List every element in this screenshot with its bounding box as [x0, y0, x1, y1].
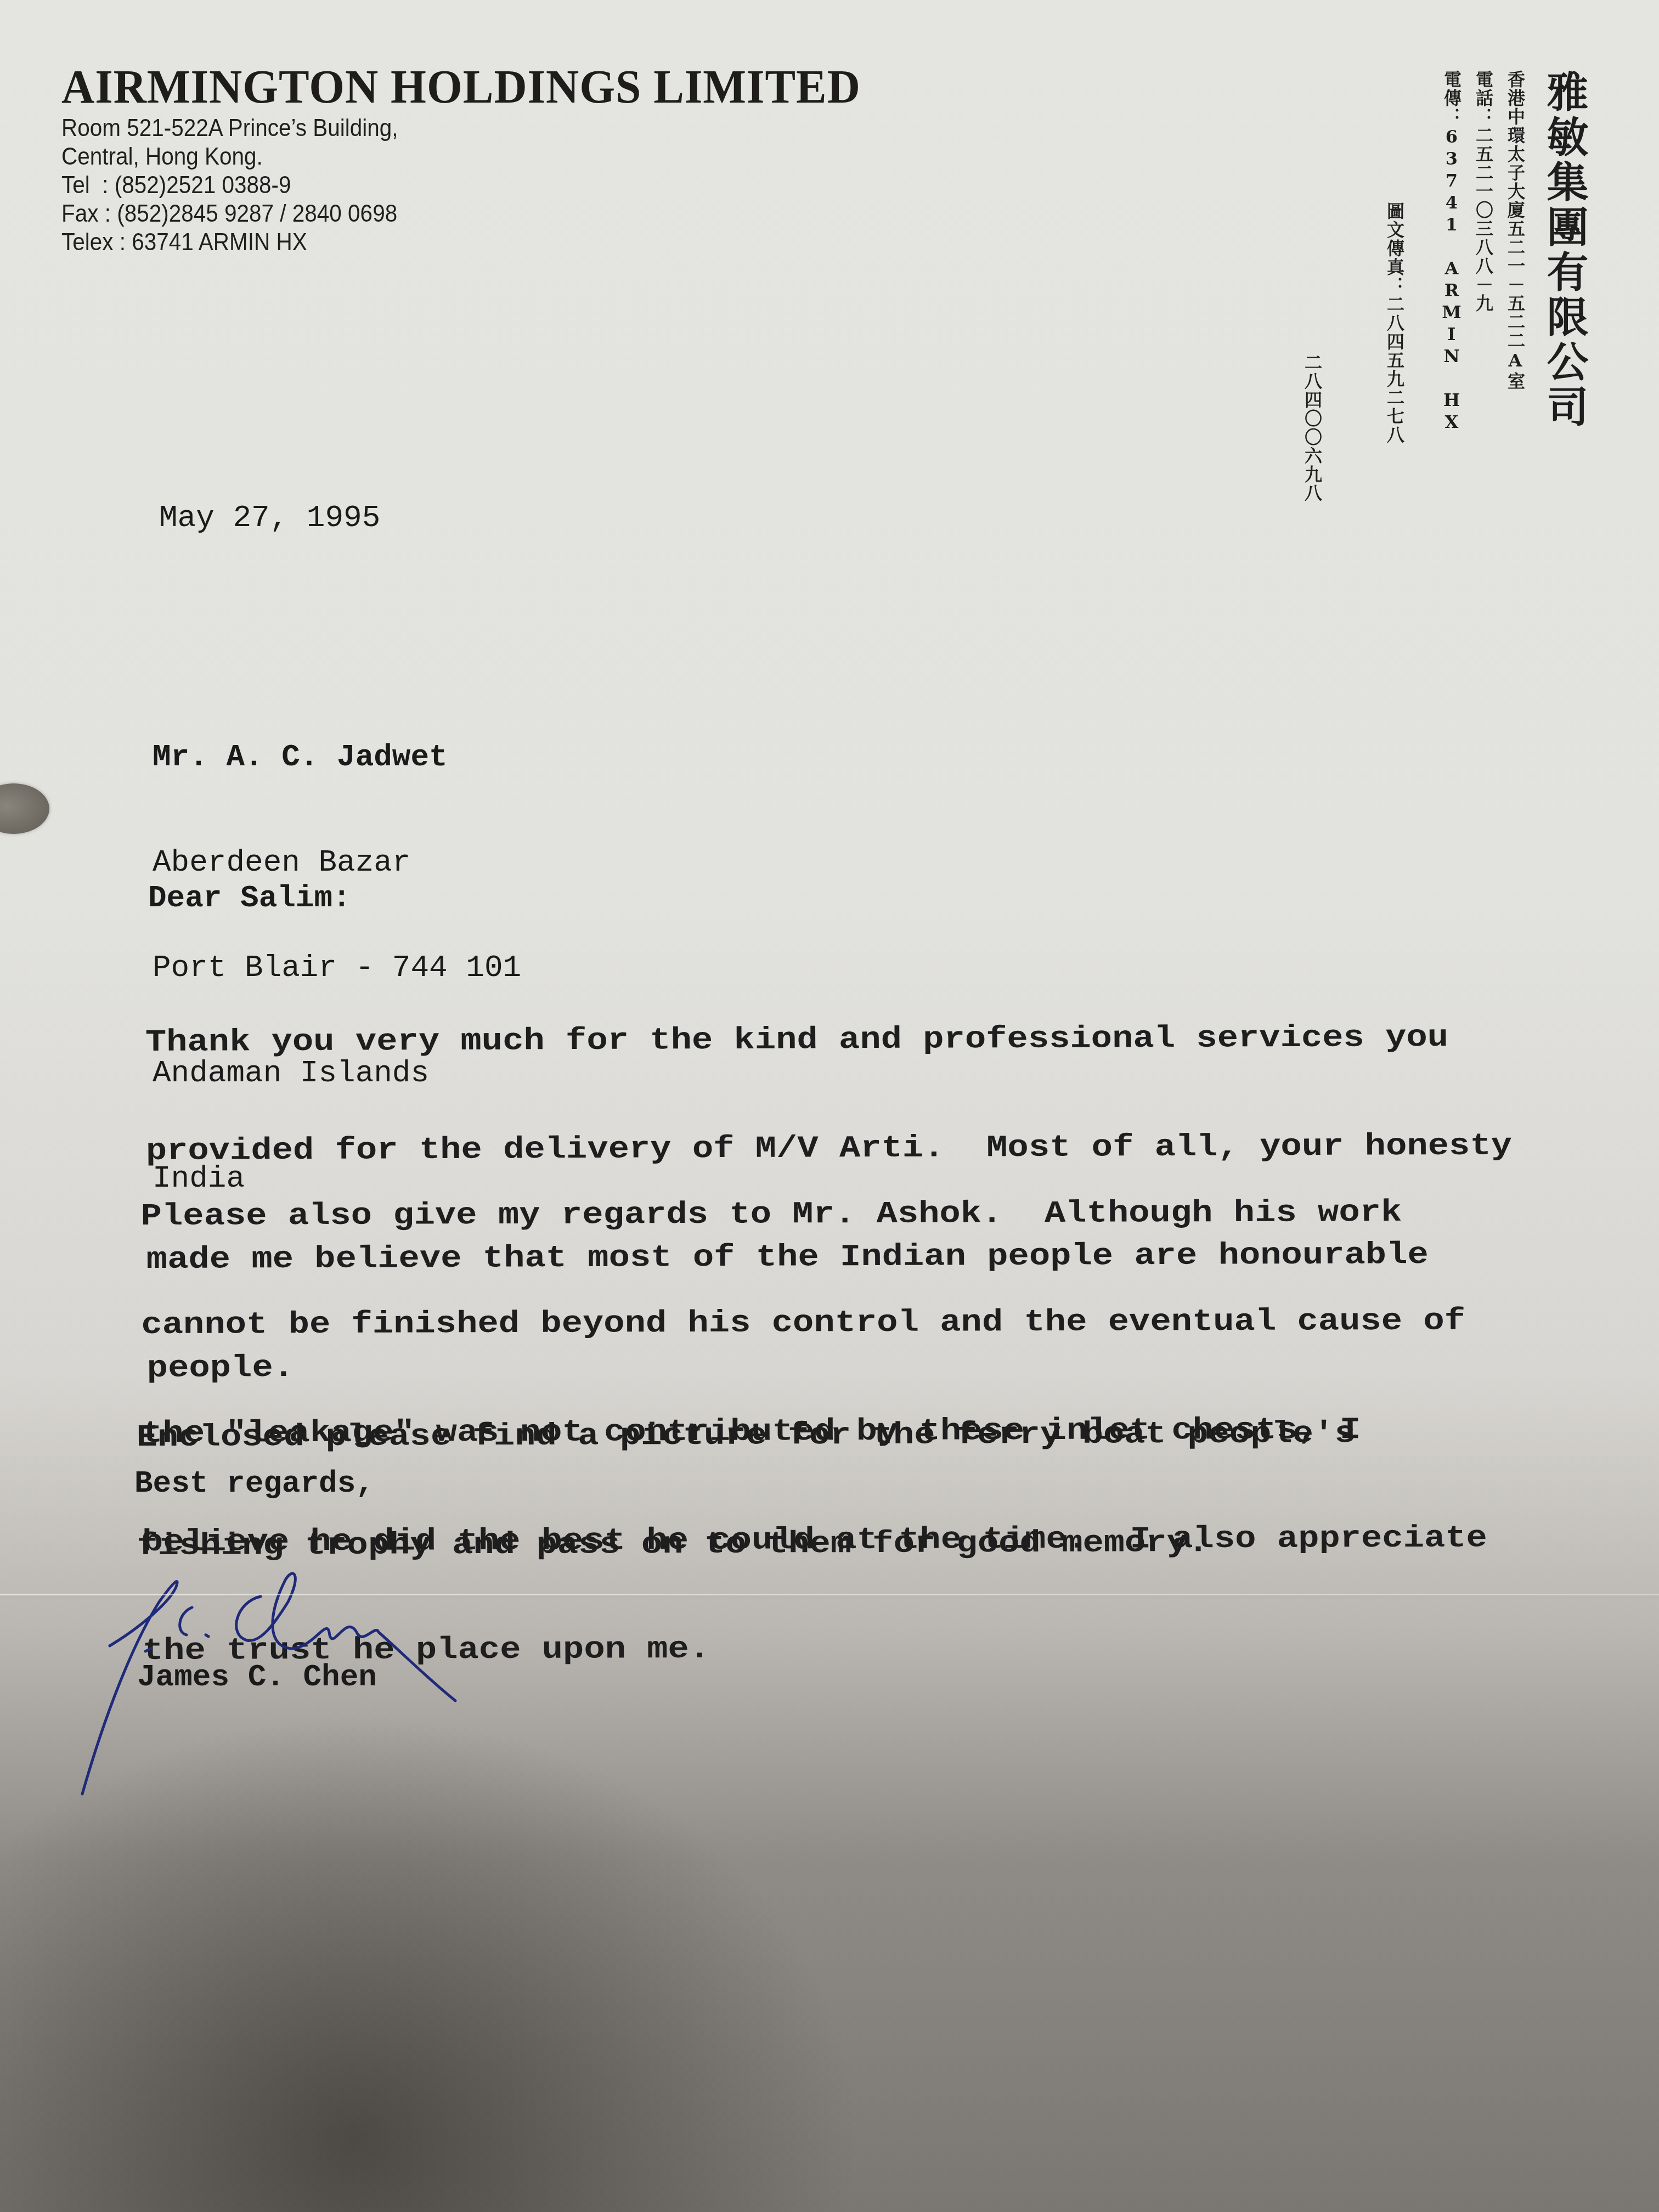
tel-line: Tel : (852)2521 0388-9 — [61, 171, 820, 200]
letterhead-english: AIRMINGTON HOLDINGS LIMITED Room 521-522… — [61, 59, 885, 257]
letter-page: AIRMINGTON HOLDINGS LIMITED Room 521-522… — [0, 0, 1659, 2212]
chinese-telex: 電傳：63741 ARMIN HX — [1439, 70, 1464, 503]
chinese-fax-2: 二八四〇〇六九八 — [1302, 353, 1323, 503]
chinese-fax-block: 圖文傳真：二八四五九二七八 — [1357, 70, 1432, 503]
address-line-2: Central, Hong Kong. — [61, 143, 820, 171]
paragraph-line: Please also give my regards to Mr. Ashok… — [141, 1194, 1486, 1234]
chinese-company-name: 雅敏集團有限公司 — [1534, 70, 1594, 503]
chinese-address: 香港中環太子大廈五二一－五二二A室 — [1503, 70, 1528, 503]
closing: Best regards, — [134, 1466, 374, 1501]
address-line-1: Room 521-522A Prince’s Building, — [61, 114, 820, 143]
chinese-tel: 電話：二五二一〇三八八－九 — [1471, 70, 1496, 503]
fax-line: Fax : (852)2845 9287 / 2840 0698 — [61, 200, 820, 228]
recipient-line: Aberdeen Bazar — [153, 845, 521, 880]
punch-hole — [0, 783, 49, 834]
letter-date: May 27, 1995 — [159, 500, 380, 535]
chinese-fax-label: 圖文傳真： — [1384, 202, 1405, 295]
company-contact: Room 521-522A Prince’s Building, Central… — [61, 114, 820, 257]
paragraph-line: cannot be finished beyond his control an… — [141, 1302, 1486, 1343]
recipient-name: Mr. A. C. Jadwet — [153, 740, 521, 775]
telex-line: Telex : 63741 ARMIN HX — [61, 228, 820, 257]
signer-name: James C. Chen — [137, 1660, 377, 1695]
chinese-fax-2-col: 二八四〇〇六九八 — [1274, 70, 1350, 503]
chinese-fax-1: 二八四五九二七八 — [1384, 295, 1405, 444]
company-name: AIRMINGTON HOLDINGS LIMITED — [61, 59, 861, 114]
salutation: Dear Salim: — [148, 881, 351, 916]
paragraph-line: Enclosed please find a picture for the f… — [137, 1415, 1356, 1455]
letterhead-chinese: 雅敏集團有限公司 香港中環太子大廈五二一－五二二A室 電話：二五二一〇三八八－九… — [1274, 70, 1594, 503]
paragraph-line: Thank you very much for the kind and pro… — [145, 1019, 1511, 1060]
